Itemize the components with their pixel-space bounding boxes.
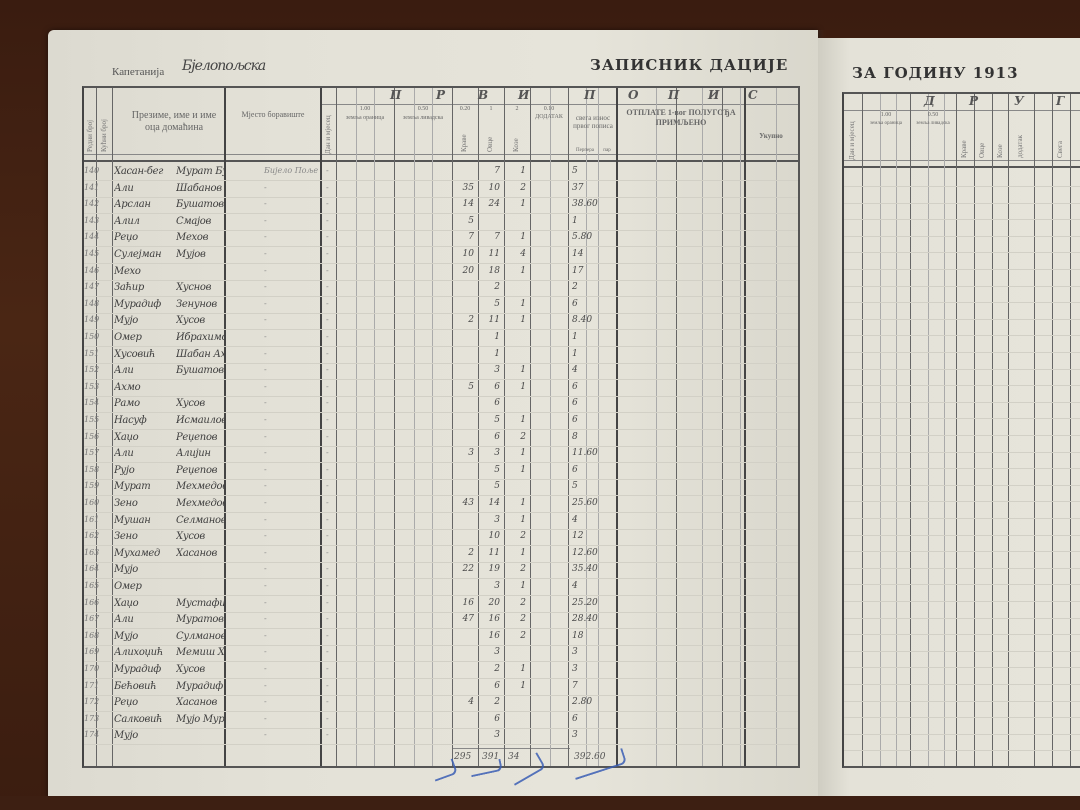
cell-name-last: Бушатов (176, 365, 224, 376)
cell-col-3: 1 (504, 515, 526, 525)
cell-col-2: 2 (478, 697, 500, 707)
cell-name-last: Бушатов (176, 199, 224, 210)
cell-residence: - (264, 266, 267, 275)
cell-serial: 143 (84, 216, 99, 225)
cell-name-first: Мујо (114, 730, 172, 741)
page-title-left: ЗАПИСНИК ДАЦИЈЕ (590, 56, 788, 74)
table-row: 173СалковићМујо Муратов--66 (84, 712, 798, 730)
cell-col-2: 20 (478, 598, 500, 608)
cell-name-first: Заћир (114, 282, 172, 293)
table-row: 169АлихоџићМемиш Халилов--33 (84, 645, 798, 663)
cell-name-last: Мурат Бушатли (176, 166, 224, 177)
cell-name-first: Мурадиф (114, 299, 172, 310)
row-rule (844, 501, 1080, 502)
cell-serial: 169 (84, 647, 99, 656)
table-row: 163МухамедХасанов--211112.60 (84, 546, 798, 564)
cell-name-first: Алихоџић (114, 647, 172, 658)
cell-residence: - (264, 548, 267, 557)
cell-col-3: 1 (504, 299, 526, 309)
row-rule (844, 684, 1080, 685)
table-row: 145СулејманМујов--1011414 (84, 247, 798, 265)
cell-serial: 151 (84, 349, 99, 358)
cell-name-last: Хусов (176, 315, 224, 326)
table-row: 174Мујо--33 (84, 728, 798, 746)
cell-col-2: 18 (478, 266, 500, 276)
cell-col-3: 1 (504, 266, 526, 276)
cell-col-2: 3 (478, 730, 500, 740)
table-row: 143АлилСмајов--51 (84, 214, 798, 232)
totals-rule (452, 748, 570, 749)
cell-residence: - (264, 681, 267, 690)
cell-serial: 147 (84, 282, 99, 291)
cell-serial: 161 (84, 515, 99, 524)
row-rule (844, 385, 1080, 386)
table-row: 154РамоХусов--66 (84, 396, 798, 414)
cell-residence: - (264, 730, 267, 739)
cell-name-first: Мујо (114, 631, 172, 642)
table-row: 142АрсланБушатов--1424138.60 (84, 197, 798, 215)
cell-total: 38.60 (572, 199, 598, 209)
cell-col-2: 3 (478, 515, 500, 525)
cell-col-2: 10 (478, 531, 500, 541)
cell-day-month: - (326, 299, 329, 308)
row-rule (844, 651, 1080, 652)
cell-col-1: 10 (452, 249, 474, 259)
cell-name-last: Сулманов (176, 631, 224, 642)
cell-day-month: - (326, 216, 329, 225)
cell-total: 3 (572, 664, 578, 674)
header-day-month-right: Дан и мјесец (848, 120, 856, 160)
cell-day-month: - (326, 282, 329, 291)
cell-name-last: Хасанов (176, 548, 224, 559)
cell-name-first: Салковић (114, 714, 172, 725)
row-rule (844, 319, 1080, 320)
cell-col-1: 22 (452, 564, 474, 574)
cell-day-month: - (326, 481, 329, 490)
cell-serial: 159 (84, 481, 99, 490)
cell-name-first: Насуф (114, 415, 172, 426)
cell-col-2: 16 (478, 614, 500, 624)
cell-total: 1 (572, 216, 578, 226)
cell-name-last: Хасанов (176, 697, 224, 708)
cell-day-month: - (326, 349, 329, 358)
cell-col-3: 1 (504, 664, 526, 674)
cell-col-3: 1 (504, 448, 526, 458)
cell-name-last: Реџепов (176, 432, 224, 443)
cell-day-month: - (326, 183, 329, 192)
cell-col-2: 5 (478, 465, 500, 475)
cell-total: 6 (572, 299, 578, 309)
cell-serial: 167 (84, 614, 99, 623)
cell-total: 8 (572, 432, 578, 442)
row-rule (844, 485, 1080, 486)
cell-col-2: 6 (478, 398, 500, 408)
cell-name-first: Мурат (114, 481, 172, 492)
cell-day-month: - (326, 548, 329, 557)
cell-name-first: Омер (114, 581, 172, 592)
cell-serial: 154 (84, 398, 99, 407)
cell-total: 5 (572, 481, 578, 491)
cell-name-last: Хусов (176, 664, 224, 675)
cell-day-month: - (326, 581, 329, 590)
cell-col-2: 6 (478, 432, 500, 442)
cell-name-first: Зено (114, 531, 172, 542)
cell-residence: - (264, 498, 267, 507)
cell-day-month: - (326, 398, 329, 407)
row-rule (844, 452, 1080, 453)
cell-name-first: Али (114, 183, 172, 194)
header-payments: ОТПЛАТЕ 1-вог ПОЛУГОЂА ПРИМЉЕНО (624, 108, 738, 127)
cell-name-last: Шабан Ахмедов (176, 349, 224, 360)
cell-name-first: Сулејман (114, 249, 172, 260)
cell-residence: - (264, 465, 267, 474)
cell-name-first: Мурадиф (114, 664, 172, 675)
cell-col-3: 2 (504, 183, 526, 193)
cell-total: 2.80 (572, 697, 592, 707)
cell-serial: 152 (84, 365, 99, 374)
cell-col-2: 1 (478, 349, 500, 359)
cell-col-1: 7 (452, 232, 474, 242)
cell-col-2: 19 (478, 564, 500, 574)
cell-col-1: 47 (452, 614, 474, 624)
cell-col-3: 2 (504, 564, 526, 574)
cell-residence: - (264, 714, 267, 723)
row-rule (844, 568, 1080, 569)
table-row: 170МурадифХусов--213 (84, 662, 798, 680)
cell-col-1: 3 (452, 448, 474, 458)
cell-residence: - (264, 564, 267, 573)
table-row: 157АлиАлијин--33111.60 (84, 446, 798, 464)
row-rule (844, 468, 1080, 469)
ledger-table-left: Редни број Кућни број Презиме, име и име… (82, 86, 800, 768)
cell-name-last: Шабанов (176, 183, 224, 194)
cell-serial: 168 (84, 631, 99, 640)
cell-serial: 155 (84, 415, 99, 424)
header-perper: Перпера (570, 148, 600, 154)
cell-col-2: 7 (478, 232, 500, 242)
cell-serial: 150 (84, 332, 99, 341)
row-rule (844, 584, 1080, 585)
cell-total: 8.40 (572, 315, 592, 325)
cell-total: 6 (572, 382, 578, 392)
cell-col-3: 1 (504, 232, 526, 242)
cell-serial: 166 (84, 598, 99, 607)
header-group1: 1.00 (336, 106, 394, 113)
cell-serial: 170 (84, 664, 99, 673)
table-row: 155НасуфИсмаилов--516 (84, 413, 798, 431)
cell-col-2: 2 (478, 664, 500, 674)
table-row: 168МујоСулманов--16218 (84, 629, 798, 647)
cell-col-3: 2 (504, 598, 526, 608)
cell-day-month: - (326, 730, 329, 739)
cell-total: 25.20 (572, 598, 598, 608)
cell-name-last: Хусов (176, 398, 224, 409)
cell-serial: 146 (84, 266, 99, 275)
cell-col-2: 5 (478, 299, 500, 309)
cell-name-last: Муратов (176, 614, 224, 625)
cell-serial: 142 (84, 199, 99, 208)
row-rule (844, 418, 1080, 419)
cell-col-3: 2 (504, 614, 526, 624)
table-row: 147ЗаћирХуснов--22 (84, 280, 798, 298)
cell-col-2: 10 (478, 183, 500, 193)
cell-name-first: Рамо (114, 398, 172, 409)
cell-name-first: Али (114, 614, 172, 625)
cell-day-month: - (326, 631, 329, 640)
cell-total: 7 (572, 681, 578, 691)
table-row: 148МурадифЗенунов--516 (84, 297, 798, 315)
cell-col-1: 35 (452, 183, 474, 193)
cell-name-first: Али (114, 365, 172, 376)
cell-col-3: 1 (504, 681, 526, 691)
row-rule (844, 302, 1080, 303)
cell-col-2: 1 (478, 332, 500, 342)
cell-day-month: - (326, 382, 329, 391)
cell-col-2: 7 (478, 166, 500, 176)
cell-col-2: 11 (478, 548, 500, 558)
cell-residence: Бијело Поље (264, 166, 318, 175)
cell-residence: - (264, 249, 267, 258)
cell-col-2: 11 (478, 315, 500, 325)
page-title-right: ЗА ГОДИНУ 1913 (852, 64, 1019, 82)
header-col-2: 2 (504, 106, 530, 113)
row-rule (844, 252, 1080, 253)
cell-serial: 160 (84, 498, 99, 507)
cell-name-first: Мехо (114, 266, 172, 277)
row-rule (844, 402, 1080, 403)
cell-day-month: - (326, 564, 329, 573)
header-group-010-sub: ДОДАТАК (530, 114, 568, 121)
cell-name-first: Омер (114, 332, 172, 343)
cell-residence: - (264, 183, 267, 192)
table-row: 140Хасан-бегМурат БушатлиБијело Поље-715 (84, 164, 798, 182)
cell-name-first: Хусовић (114, 349, 172, 360)
cell-name-last: Селманов (176, 515, 224, 526)
cell-serial: 165 (84, 581, 99, 590)
row-rule (844, 203, 1080, 204)
row-rule (844, 601, 1080, 602)
cell-serial: 162 (84, 531, 99, 540)
cell-day-month: - (326, 365, 329, 374)
cell-col-2: 5 (478, 415, 500, 425)
table-row: 152АлиБушатов--314 (84, 363, 798, 381)
cell-residence: - (264, 432, 267, 441)
cell-total: 18 (572, 631, 583, 641)
cell-name-first: Мујо (114, 564, 172, 575)
cell-total: 4 (572, 515, 578, 525)
cell-day-month: - (326, 515, 329, 524)
cell-total: 25.60 (572, 498, 598, 508)
cell-name-last: Мемиш Халилов (176, 647, 224, 658)
header-koze: Козе (512, 122, 520, 152)
kapetanija-value: Бјелопољска (182, 58, 265, 74)
cell-serial: 140 (84, 166, 99, 175)
total-col-3: 34 (508, 752, 519, 762)
cell-serial: 158 (84, 465, 99, 474)
row-rule (844, 286, 1080, 287)
cell-day-month: - (326, 232, 329, 241)
cell-residence: - (264, 365, 267, 374)
header-house-no: Кућни број (100, 108, 108, 152)
table-row: 171БећовићМурадиф Мемиш--617 (84, 679, 798, 697)
cell-residence: - (264, 415, 267, 424)
cell-col-2: 2 (478, 282, 500, 292)
cell-serial: 163 (84, 548, 99, 557)
cell-col-2: 6 (478, 714, 500, 724)
cell-name-first: Арслан (114, 199, 172, 210)
header-ukupno: Укупно (746, 132, 796, 140)
table-row: 158РујоРеџепов--516 (84, 463, 798, 481)
row-rule (844, 335, 1080, 336)
cell-col-2: 3 (478, 647, 500, 657)
cell-total: 6 (572, 415, 578, 425)
header-group3: 0.20 (452, 106, 478, 113)
cell-residence: - (264, 232, 267, 241)
cell-residence: - (264, 531, 267, 540)
cell-serial: 173 (84, 714, 99, 723)
cell-serial: 141 (84, 183, 99, 192)
cell-name-first: Хаџо (114, 598, 172, 609)
cell-col-1: 20 (452, 266, 474, 276)
cell-residence: - (264, 398, 267, 407)
cell-day-month: - (326, 199, 329, 208)
cell-serial: 164 (84, 564, 99, 573)
row-rule (844, 535, 1080, 536)
desk-surface (0, 796, 1080, 810)
cell-serial: 148 (84, 299, 99, 308)
cell-day-month: - (326, 166, 329, 175)
ledger-table-right: Д Р У Г Дан и мјесец 1.00 земља ораница … (842, 92, 1080, 768)
cell-day-month: - (326, 448, 329, 457)
table-row: 167АлиМуратов--4716228.40 (84, 612, 798, 630)
cell-total: 5 (572, 166, 578, 176)
cell-total: 3 (572, 647, 578, 657)
cell-name-first: Ахмо (114, 382, 172, 393)
table-row: 160ЗеноМехмедов--4314125.60 (84, 496, 798, 514)
cell-residence: - (264, 631, 267, 640)
cell-name-first: Бећовић (114, 681, 172, 692)
cell-total: 6 (572, 398, 578, 408)
cell-residence: - (264, 598, 267, 607)
cell-serial: 156 (84, 432, 99, 441)
header-residence: Мјесто боравиште (228, 110, 318, 120)
cell-day-month: - (326, 432, 329, 441)
cell-name-last: Мурадиф Мемиш (176, 681, 224, 692)
row-rule (844, 717, 1080, 718)
cell-name-first: Мушан (114, 515, 172, 526)
cell-col-3: 2 (504, 432, 526, 442)
cell-name-first: Мујо (114, 315, 172, 326)
cell-day-month: - (326, 531, 329, 540)
header-group2-right: 0.50 (910, 112, 956, 119)
table-row: 146Мехо--2018117 (84, 264, 798, 282)
cell-residence: - (264, 664, 267, 673)
table-row: 151ХусовићШабан Ахмедов--11 (84, 347, 798, 365)
header-divider (84, 154, 798, 155)
row-rule (844, 352, 1080, 353)
cell-residence: - (264, 614, 267, 623)
cell-residence: - (264, 282, 267, 291)
cell-col-3: 1 (504, 166, 526, 176)
cell-serial: 144 (84, 232, 99, 241)
table-row: 144РеџоМехов--7715.80 (84, 230, 798, 248)
cell-col-3: 1 (504, 415, 526, 425)
cell-total: 4 (572, 365, 578, 375)
cell-total: 28.40 (572, 614, 598, 624)
table-row: 165Омер--314 (84, 579, 798, 597)
cell-col-3: 2 (504, 531, 526, 541)
cell-total: 35.40 (572, 564, 598, 574)
cell-name-first: Али (114, 448, 172, 459)
header-group-010: 0.10 (530, 106, 568, 113)
header-dodatak-right: додатак (1016, 124, 1024, 158)
table-row: 172РеџоХасанов--422.80 (84, 695, 798, 713)
table-row: 156ХаџоРеџепов--628 (84, 430, 798, 448)
cell-residence: - (264, 199, 267, 208)
cell-col-2: 6 (478, 681, 500, 691)
cell-total: 14 (572, 249, 583, 259)
row-rule (844, 219, 1080, 220)
cell-total: 11.60 (572, 448, 598, 458)
cell-residence: - (264, 216, 267, 225)
cell-residence: - (264, 448, 267, 457)
cell-residence: - (264, 349, 267, 358)
cell-name-last: Хусов (176, 531, 224, 542)
table-row: 162ЗеноХусов--10212 (84, 529, 798, 547)
cell-name-first: Мухамед (114, 548, 172, 559)
row-rule (844, 618, 1080, 619)
cell-col-3: 1 (504, 548, 526, 558)
cell-col-1: 5 (452, 382, 474, 392)
cell-day-month: - (326, 266, 329, 275)
cell-day-month: - (326, 714, 329, 723)
cell-residence: - (264, 515, 267, 524)
header-par: пар (600, 148, 614, 154)
cell-name-last: Хуснов (176, 282, 224, 293)
cell-col-2: 6 (478, 382, 500, 392)
cell-name-last: Мустафин (176, 598, 224, 609)
row-rule (844, 701, 1080, 702)
cell-residence: - (264, 299, 267, 308)
cell-serial: 174 (84, 730, 99, 739)
header-day-month: Дан и мјесец (324, 114, 332, 154)
cell-name-first: Хаџо (114, 432, 172, 443)
row-rule (84, 744, 798, 745)
cell-name-last: Мујо Муратов (176, 714, 224, 725)
cell-day-month: - (326, 315, 329, 324)
row-rule (844, 186, 1080, 187)
table-row: 153Ахмо--5616 (84, 380, 798, 398)
cell-residence: - (264, 315, 267, 324)
header-group1-sub: земља ораница (336, 115, 394, 122)
header-group2-sub: земља ливадска (394, 115, 452, 122)
table-row: 141АлиШабанов--3510237 (84, 181, 798, 199)
cell-residence: - (264, 581, 267, 590)
cell-residence: - (264, 481, 267, 490)
cell-name-last: Смајов (176, 216, 224, 227)
cell-name-last: Исмаилов (176, 415, 224, 426)
cell-day-month: - (326, 465, 329, 474)
table-row: 161МушанСелманов--314 (84, 513, 798, 531)
cell-name-first: Хасан-бег (114, 166, 172, 177)
cell-col-1: 5 (452, 216, 474, 226)
cell-name-last: Алијин (176, 448, 224, 459)
cell-col-2: 14 (478, 498, 500, 508)
cell-total: 6 (572, 714, 578, 724)
cell-name-last: Мехмедов (176, 481, 224, 492)
cell-col-2: 16 (478, 631, 500, 641)
cell-col-3: 1 (504, 465, 526, 475)
